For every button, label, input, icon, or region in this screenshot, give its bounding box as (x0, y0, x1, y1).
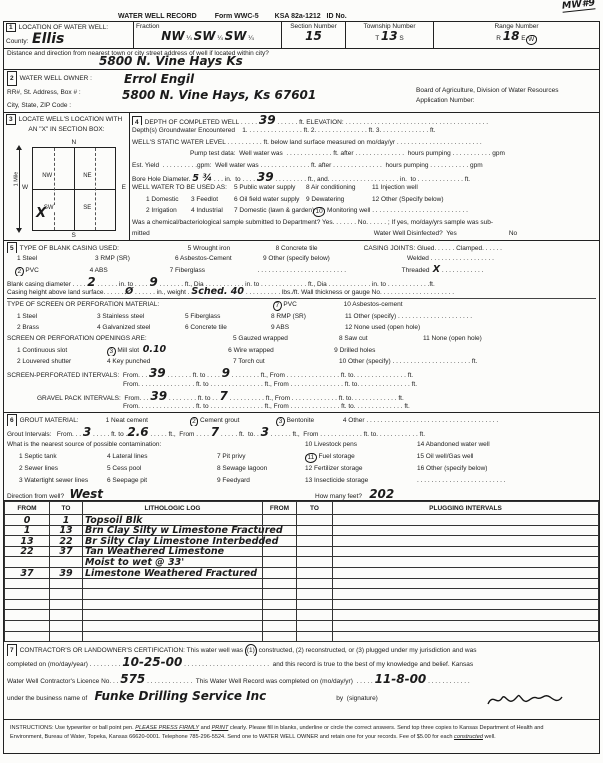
text-run: 9 Dewatering (306, 194, 372, 205)
openings-line3: 2 Louvered shutter4 Key punched7 Torch c… (7, 356, 596, 367)
text-run: Cement grout (198, 415, 276, 426)
text-run: E (519, 35, 525, 42)
litho-cell (50, 589, 83, 600)
spacer (132, 211, 146, 212)
usage-line2: 1 Domestic3 Feedlot6 Oil field water sup… (132, 194, 597, 205)
text-run: WELL'S STATIC WATER LEVEL . . . . . . . … (132, 139, 482, 146)
section-4-well-details: 4DEPTH OF COMPLETED WELL . . . . . 39 . … (130, 113, 599, 240)
text-run: by (signature) (336, 695, 378, 702)
text-run: 6 Wire wrapped (228, 345, 334, 356)
text-run: 2 Sewer lines (19, 463, 107, 475)
text-run: 6 Oil field water supply (234, 194, 306, 205)
certification-line1: 7CONTRACTOR'S OR LANDOWNER'S CERTIFICATI… (7, 644, 596, 656)
section-5-casing: 5TYPE OF BLANK CASING USED:5 Wrought iro… (4, 241, 599, 413)
application-number-label: Application Number: (416, 96, 558, 106)
text-run: ¼ (185, 35, 194, 42)
text-run: 11 (305, 453, 317, 463)
litho-cell (5, 610, 50, 621)
litho-cell (5, 620, 50, 631)
litho-cell (333, 546, 599, 557)
litho-cell (297, 536, 333, 547)
text-run: 4 Lateral lines (107, 451, 217, 463)
text-run: 575 (120, 673, 145, 686)
text-run: constructed, (2) reconstructed, or (3) p… (257, 647, 477, 654)
usage-line1: WELL WATER TO BE USED AS:5 Public water … (132, 182, 597, 193)
litho-cell (263, 515, 297, 526)
text-run: 12 Other (Specify below) (372, 196, 444, 203)
text-run: . . . . . . . . . . lbs./ft. Wall thickn… (244, 289, 454, 296)
county-label: County: (6, 38, 28, 45)
text-run: SW (225, 29, 247, 43)
text-run: 3 Feedlot (191, 194, 234, 205)
text-run: 39 (149, 367, 166, 378)
litho-cell (297, 546, 333, 557)
spacer (150, 234, 374, 235)
one-mile-arrow-up (16, 145, 22, 150)
litho-cell (333, 536, 599, 547)
text-run: clearly. Please fill in blanks, underlin… (228, 725, 543, 731)
text-run: 3 Watertight sewer lines (19, 475, 107, 487)
contamination-heading-line: What is the nearest source of possible c… (7, 439, 596, 451)
text-run: X (429, 265, 440, 275)
litho-cell: Tan Weathered Limestone (83, 546, 263, 557)
text-run: 10 Other (specify) . . . . . . . . . . .… (339, 358, 477, 365)
text-run: . . . . . ft. to . (91, 431, 127, 438)
lithologic-log-table: FROM TO LITHOLOGIC LOG FROM TO PLUGGING … (4, 501, 599, 642)
litho-cell (297, 578, 333, 589)
text-run: . . . . . . ft., From . . . . . . . . . … (269, 431, 425, 438)
litho-row (5, 578, 599, 589)
pump-test-line: Pump test data: Well water was . . . . .… (132, 148, 597, 159)
text-run: 2 Irrigation (146, 205, 191, 216)
owner-name-handwritten: Errol Engil (124, 73, 194, 85)
form-title-line: WATER WELL RECORDForm WWC-5KSA 82a-1212 … (118, 13, 349, 20)
text-run: GROUT MATERIAL: (20, 415, 106, 426)
text-run: S (398, 35, 404, 42)
litho-cell (83, 610, 263, 621)
litho-th-to2: TO (297, 502, 333, 515)
grout-heading-line: 6GROUT MATERIAL:1 Neat cement2 Cement gr… (7, 414, 596, 426)
fraction-value: NW ¼ SW ¼ SW ¼ (136, 30, 279, 42)
text-run: 7 Domestic (lawn & garden) (234, 205, 313, 216)
text-run: 10-25-00 (122, 656, 182, 669)
text-run: PVC (24, 265, 90, 276)
text-run: 4 ABS (90, 265, 170, 276)
litho-cell (5, 557, 50, 568)
text-run: NW (161, 29, 184, 43)
casing-height-line: Casing height above land surface. . . . … (7, 287, 596, 298)
text-run: Casing height above land surface. . . . … (7, 289, 125, 296)
text-run: 9 (222, 367, 230, 378)
static-level-line: WELL'S STATIC WATER LEVEL . . . . . . . … (132, 137, 597, 148)
text-run: 7 Fiberglass (170, 265, 258, 276)
text-run: 13 Insecticide storage (305, 475, 417, 487)
litho-cell (263, 557, 297, 568)
instructions-line2: Environment, Bureau of Water, Topeka, Ka… (10, 733, 593, 742)
litho-cell: 1 (50, 515, 83, 526)
section-7-number: 7 (7, 644, 17, 656)
text-run: . . . . . . . . ft., From . . . . . . . … (230, 372, 413, 378)
text-run: . . . . . . . . . . . . . . . . . . . . … (182, 661, 473, 668)
contamination-line4: 3 Watertight sewer lines6 Seepage pit9 F… (7, 475, 596, 487)
text-run: 8 Saw cut (339, 333, 423, 344)
litho-cell (263, 599, 297, 610)
casing-heading-line: 5TYPE OF BLANK CASING USED:5 Wrought iro… (7, 242, 596, 253)
litho-cell (297, 567, 333, 578)
openings-line2: 1 Continuous slot3 Mill slot 0.106 Wire … (7, 345, 596, 356)
text-run: Est. Yield . . . . . . . . . .gpm: Well … (132, 162, 483, 169)
quad-nw-label: NW (41, 173, 53, 179)
text-run: 2 Brass (17, 322, 97, 333)
litho-cell (297, 557, 333, 568)
section-5-number: 5 (7, 242, 17, 253)
litho-cell: Limestone Weathered Fractured (83, 567, 263, 578)
text-run: ¼ (246, 35, 253, 42)
text-run: 5 Fiberglass (185, 311, 271, 322)
section-box-dash2 (95, 148, 96, 230)
text-run: . . . . . . . ft. to . . . . (166, 372, 222, 378)
text-run: 3 (261, 426, 269, 438)
spacer (7, 385, 123, 386)
litho-row: 3739Limestone Weathered Fractured (5, 567, 599, 578)
litho-cell (5, 589, 50, 600)
water-well-record-form: WATER WELL RECORDForm WWC-5KSA 82a-1212 … (0, 0, 603, 763)
litho-cell (263, 610, 297, 621)
text-run: 9 ABS (271, 322, 345, 333)
depth-completed-line: 4DEPTH OF COMPLETED WELL . . . . . 39 . … (132, 114, 597, 125)
grout-intervals-line: Grout Intervals: From. . . 3 . . . . . f… (7, 426, 596, 438)
text-run: 4 Galvanized steel (97, 322, 185, 333)
text-run: 9 Feedyard (217, 475, 305, 487)
text-run: 8 Sewage lagoon (217, 463, 305, 475)
sample-line: Was a chemical/bacteriological sample su… (132, 217, 597, 228)
litho-cell: 1 (5, 525, 50, 536)
section-3-locate-well: 3LOCATE WELL'S LOCATION WITH AN "X" IN S… (4, 113, 130, 240)
form-title-runs: WATER WELL RECORDForm WWC-5KSA 82a-1212 … (118, 13, 349, 20)
text-run: 10 Livestock pens (305, 439, 417, 451)
text-run: 11 Injection well (372, 184, 418, 191)
section-1-number: 1 (6, 23, 16, 32)
instructions-line1: INSTRUCTIONS: Use typewriter or ball poi… (10, 724, 593, 733)
township-cell: Township Number T 13 S (346, 22, 434, 48)
text-run: 8 Air conditioning (306, 182, 372, 193)
text-run: 5 Public water supply (234, 182, 306, 193)
litho-cell (297, 620, 333, 631)
text-run: 3 (107, 347, 116, 356)
text-run: 1 Steel (17, 253, 95, 264)
litho-cell (333, 557, 599, 568)
litho-header: FROM TO LITHOLOGIC LOG FROM TO PLUGGING … (5, 502, 599, 515)
location-cell: 1LOCATION OF WATER WELL: County: Ellis (4, 22, 134, 48)
litho-cell (5, 631, 50, 642)
text-run: TYPE OF BLANK CASING USED: (20, 243, 188, 253)
litho-cell (333, 631, 599, 642)
text-run: 5 Wrought iron (188, 243, 276, 253)
text-run: 9 (149, 276, 157, 287)
text-run: . . . . . . . . . . . . . . . . . . . . … (417, 477, 506, 484)
text-run: 1 Domestic (146, 194, 191, 205)
litho-cell (263, 631, 297, 642)
text-run: 8 RMP (SR) (271, 311, 345, 322)
text-run: (1) (245, 644, 257, 656)
litho-cell (83, 631, 263, 642)
litho-cell: 37 (50, 546, 83, 557)
text-run: SCREEN OR PERFORATION OPENINGS ARE: (7, 333, 233, 344)
litho-cell (333, 589, 599, 600)
spacer (7, 469, 19, 470)
text-run: 39 (259, 114, 276, 125)
text-run: West (70, 488, 104, 500)
section-3-4-row: 3LOCATE WELL'S LOCATION WITH AN "X" IN S… (4, 113, 599, 241)
casing-line3: 2 PVC4 ABS7 Fiberglass. . . . . . . . . … (7, 265, 596, 276)
section-number-cell: Section Number 15 (282, 22, 346, 48)
litho-th-from1: FROM (5, 502, 50, 515)
litho-cell (5, 578, 50, 589)
compass-n: N (72, 139, 77, 146)
text-run: completed on (mo/day/year) . . . . . . .… (7, 661, 122, 668)
text-run: well. (483, 734, 496, 740)
text-run: Was a chemical/bacteriological sample su… (132, 219, 493, 226)
text-run: Sched. 40 (191, 287, 244, 297)
form-frame: 1LOCATION OF WATER WELL: County: Ellis F… (3, 21, 600, 754)
casing-line2: 1 Steel3 RMP (SR)6 Asbestos-Cement9 Othe… (7, 253, 596, 264)
text-run: 1 Neat cement (106, 415, 190, 426)
litho-cell (263, 620, 297, 631)
litho-cell: 37 (5, 567, 50, 578)
section-6-grout: 6GROUT MATERIAL:1 Neat cement2 Cement gr… (4, 413, 599, 501)
litho-cell (333, 515, 599, 526)
fraction-label: Fraction (136, 23, 159, 30)
text-run: 10 (313, 207, 325, 216)
text-run: 4 Industrial (191, 205, 234, 216)
litho-cell (263, 589, 297, 600)
litho-th-to1: TO (50, 502, 83, 515)
litho-cell (333, 567, 599, 578)
distance-value-handwritten: 5800 N. Vine Hays Ks (99, 55, 243, 67)
litho-cell: 13 (50, 525, 83, 536)
text-run: What is the nearest source of possible c… (7, 439, 305, 451)
owner-heading: WATER WELL OWNER : (20, 75, 92, 82)
spacer (346, 271, 402, 272)
text-run: . . . . . . in., weight . (133, 289, 191, 296)
county-line: County: Ellis (6, 32, 131, 46)
litho-row (5, 631, 599, 642)
section-3-number: 3 (6, 114, 16, 125)
litho-cell (297, 610, 333, 621)
casing-line1: TYPE OF BLANK CASING USED:5 Wrought iron… (20, 245, 502, 252)
gravel-pack-line2: From. . . . . . . . . . . . . . . . ft. … (7, 401, 596, 412)
text-run: ¼ (216, 35, 225, 42)
direction-distance-line: Direction from well? WestHow many feet? … (7, 488, 596, 500)
text-run: 4 Other . . . . . . . . . . . . . . . . … (343, 417, 498, 424)
spacer (7, 362, 17, 363)
text-run: 18 (503, 29, 520, 43)
text-run: From. . . . . . . . . . . . . . . . ft. … (123, 403, 410, 410)
litho-cell (83, 589, 263, 600)
text-run: . . . . . . . . . . . . (440, 267, 483, 274)
litho-cell (297, 599, 333, 610)
text-run: 3 (276, 417, 285, 426)
spacer (7, 328, 17, 329)
section-number-value: 15 (284, 30, 343, 42)
litho-cell: Brn Clay Silty w Limestone Fractured (83, 525, 263, 536)
text-run: 2 (190, 417, 199, 426)
text-run: Direction from well? (7, 493, 70, 500)
text-run: 15 Oil well/Gas well (417, 453, 474, 460)
spacer (103, 497, 315, 498)
text-run: mitted (132, 230, 150, 237)
section-4-number: 4 (132, 116, 142, 125)
openings-line1: SCREEN OR PERFORATION OPENINGS ARE:5 Gau… (7, 333, 596, 344)
one-mile-bar (19, 148, 20, 230)
blank-casing-diameter-line: Blank casing diameter . . . . 2 . . . . … (7, 276, 596, 287)
one-mile-label: 1 Mile (13, 172, 19, 187)
sec3-heading2: AN "X" IN SECTION BOX: (6, 125, 127, 134)
text-run: 11 None (open hole) (423, 335, 482, 342)
spacer (7, 351, 17, 352)
litho-cell (263, 567, 297, 578)
well-id-handwritten: MW#9 (561, 0, 595, 12)
litho-cell (83, 620, 263, 631)
text-run: 4 Key punched (107, 356, 233, 367)
quad-ne-label: NE (82, 173, 92, 179)
text-run: 13 (381, 29, 398, 43)
text-run: WELL WATER TO BE USED AS: (132, 182, 234, 193)
text-run: PLEASE PRESS FIRMLY (135, 725, 199, 731)
screen-intervals-line1: SCREEN-PERFORATED INTERVALS: From. . . 3… (7, 367, 596, 378)
text-run: Environment, Bureau of Water, Topeka, Ka… (10, 734, 454, 740)
est-yield-line: Est. Yield . . . . . . . . . .gpm: Well … (132, 160, 597, 171)
text-run: 10 Asbestos-cement (344, 301, 403, 308)
text-run: 202 (369, 488, 394, 500)
litho-cell: Moist to wet @ 33' (83, 557, 263, 568)
certification-line2: completed on (mo/day/year) . . . . . . .… (7, 656, 596, 673)
spacer (7, 271, 15, 272)
text-run: 11-8-00 (375, 673, 427, 686)
text-run: 39 (150, 390, 167, 401)
text-run: 12 None used (open hole) (345, 324, 420, 331)
litho-cell: 0 (5, 515, 50, 526)
litho-cell (50, 578, 83, 589)
section-box-diagram: NW NE SW SE N S W E X 1 Mile (32, 147, 116, 231)
spacer (266, 699, 336, 700)
township-value: T 13 S (348, 30, 431, 42)
spacer (7, 259, 17, 260)
text-run: SW (194, 29, 216, 43)
screen-material-line1: TYPE OF SCREEN OR PERFORATION MATERIAL:7… (7, 298, 596, 310)
text-run: PVC (282, 299, 344, 310)
owner-address-handwritten: 5800 N. Vine Hays, Ks 67601 (122, 89, 316, 101)
litho-cell (333, 610, 599, 621)
text-run: CASING JOINTS: Glued. . . . . . Clamped.… (364, 245, 502, 252)
text-run: 3 (83, 426, 91, 438)
litho-row (5, 589, 599, 600)
text-run: . . . . . . . . . . . . (426, 678, 469, 685)
text-run: 7 (220, 390, 228, 401)
text-run: KSA 82a-1212 ID No. (275, 13, 349, 20)
text-run: Water Well Disinfected? Yes (374, 230, 457, 237)
text-run: and (199, 725, 211, 731)
litho-row (5, 620, 599, 631)
text-run: . . . . . ft., From . . . . (149, 431, 211, 438)
signature-scribble (486, 691, 564, 711)
text-run: W (526, 35, 537, 45)
litho-cell (297, 589, 333, 600)
text-run: . . . . . . . . . . . . . . . . . . . . … (258, 265, 346, 276)
spacer (197, 17, 215, 18)
certification-runs1: CONTRACTOR'S OR LANDOWNER'S CERTIFICATIO… (20, 647, 477, 654)
spacer (259, 17, 275, 18)
text-run: 39 (257, 171, 274, 182)
text-run: constructed (454, 734, 483, 740)
text-run: No (509, 230, 517, 237)
litho-cell (50, 631, 83, 642)
section-box-dash1 (54, 148, 55, 230)
text-run: How many feet? (315, 493, 369, 500)
litho-cell (297, 631, 333, 642)
text-run: Grout Intervals: From. . . (7, 431, 83, 438)
location-heading: 1LOCATION OF WATER WELL: (6, 23, 131, 32)
location-row: 1LOCATION OF WATER WELL: County: Ellis F… (4, 22, 599, 49)
county-value-handwritten: Ellis (32, 32, 64, 46)
grout-line1: GROUT MATERIAL:1 Neat cement2 Cement gro… (20, 417, 499, 424)
litho-row: Moist to wet @ 33' (5, 557, 599, 568)
text-run: Depth(s) Groundwater Encountered 1. . . … (132, 127, 435, 134)
litho-cell (333, 620, 599, 631)
spacer (7, 457, 19, 458)
text-run: Pump test data: Well water was . . . . .… (190, 150, 505, 157)
litho-row: 2237Tan Weathered Limestone (5, 546, 599, 557)
one-mile-arrow-down (16, 228, 22, 233)
litho-th-plugging: PLUGGING INTERVALS (333, 502, 599, 515)
section-6-number: 6 (7, 414, 17, 426)
text-run: 5 Gauzed wrapped (233, 333, 339, 344)
text-run: Welded . . . . . . . . . . . . . . . . .… (407, 255, 494, 262)
well-x-mark-handwritten: X (36, 206, 46, 221)
text-run: 14 Abandoned water well (417, 441, 490, 448)
litho-cell (83, 578, 263, 589)
text-run: 5 ¾ (192, 173, 212, 182)
text-run: 7 (273, 301, 282, 310)
text-run: . . . . . . . . . . . . . This Water Wel… (145, 678, 374, 685)
text-run: INSTRUCTIONS: Use typewriter or ball poi… (10, 725, 135, 731)
owner-row: 2WATER WELL OWNER : RR#, St. Address, Bo… (4, 70, 599, 113)
spacer (132, 200, 146, 201)
spacer (7, 399, 37, 400)
litho-th-log: LITHOLOGIC LOG (83, 502, 263, 515)
text-run: Form WWC-5 (215, 13, 259, 20)
sec3-heading-line1: 3LOCATE WELL'S LOCATION WITH (6, 114, 127, 125)
instructions-block: INSTRUCTIONS: Use typewriter or ball poi… (4, 720, 599, 753)
board-of-agriculture-block: Board of Agriculture, Division of Water … (416, 86, 558, 106)
location-heading-label: LOCATION OF WATER WELL: (19, 24, 108, 31)
text-run: Water Well Contractor's Licence No. . . (7, 678, 120, 685)
contamination-line3: 2 Sewer lines5 Cess pool8 Sewage lagoon1… (7, 463, 596, 475)
text-run: 1 Septic tank (19, 451, 107, 463)
spacer (7, 407, 123, 408)
litho-cell: 22 (5, 546, 50, 557)
board-line1: Board of Agriculture, Division of Water … (416, 86, 558, 96)
text-run: under the business name of (7, 695, 94, 702)
text-run: 7 (211, 426, 219, 438)
text-run: 9 Other (specify below) (263, 253, 351, 264)
text-run: 11 Other (specify) . . . . . . . . . . .… (345, 313, 472, 320)
litho-cell: 22 (50, 536, 83, 547)
text-run: 16 Other (specify below) (417, 465, 487, 472)
text-run: Monitoring well . . . . . . . . . . . . … (325, 207, 468, 214)
litho-cell: Topsoil Blk (83, 515, 263, 526)
fraction-cell: Fraction NW ¼ SW ¼ SW ¼ (134, 22, 282, 48)
